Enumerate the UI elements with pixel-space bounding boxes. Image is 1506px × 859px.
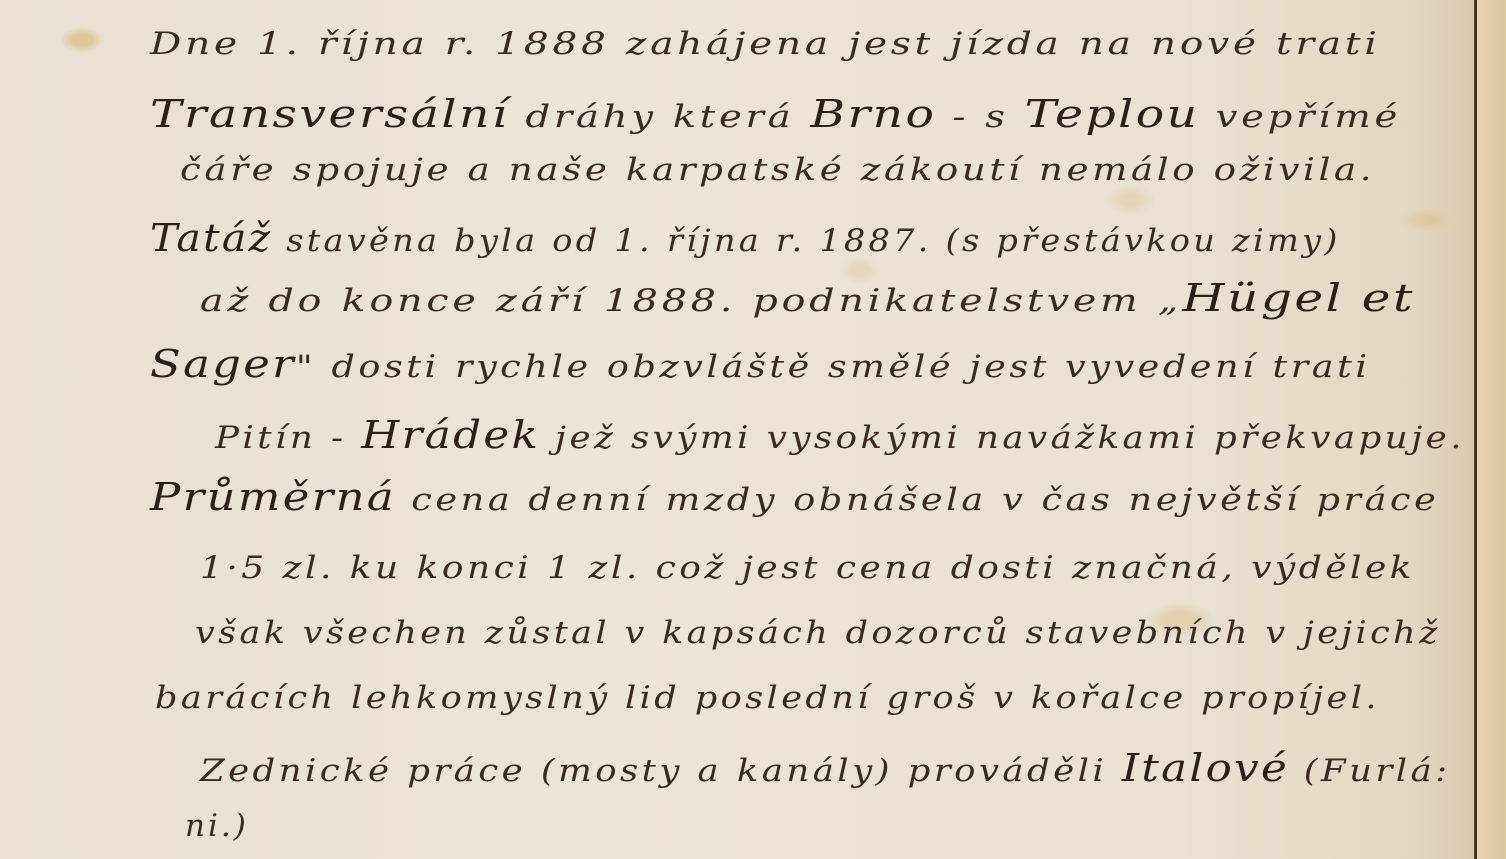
manuscript-line-12: Zednické práce (mosty a kanály) prováděl… [200, 746, 1451, 790]
line-segment: dráhy která [509, 99, 810, 135]
line-segment: - s [936, 99, 1024, 135]
handwritten-text-block: Dne 1. října r. 1888 zahájena jest jízda… [0, 0, 1475, 859]
manuscript-line-11: barácích lehkomyslný lid poslední groš v… [155, 680, 1380, 716]
line-segment: ni.) [185, 808, 249, 844]
manuscript-line-7: Pitín - Hrádek jež svými vysokými navážk… [215, 413, 1465, 457]
line-segment-emphasized: Italové [1122, 746, 1289, 790]
line-segment: " dosti rychle obzvláště smělé jest vyve… [296, 349, 1371, 385]
line-segment-emphasized: Hrádek [361, 413, 540, 457]
line-segment-emphasized: Průměrná [150, 475, 396, 519]
manuscript-line-10: však všechen zůstal v kapsách dozorců st… [195, 615, 1441, 651]
line-segment-emphasized: Teplou [1025, 92, 1200, 136]
line-segment-emphasized: Tatáž [150, 216, 272, 260]
line-segment-emphasized: Brno [810, 92, 936, 136]
manuscript-line-2: Transversální dráhy která Brno - s Teplo… [150, 92, 1401, 136]
line-segment: cena denní mzdy obnášela v čas největší … [396, 482, 1439, 518]
line-segment: jež svými vysokými navážkami překvapuje. [540, 420, 1465, 456]
manuscript-line-4: Tatáž stavěna byla od 1. října r. 1887. … [150, 216, 1341, 260]
line-segment: až do konce září 1888. podnikatelstvem „ [200, 283, 1182, 319]
line-segment: stavěna byla od 1. října r. 1887. (s pře… [272, 223, 1340, 259]
line-segment-emphasized: Hügel et [1182, 276, 1415, 320]
line-segment-emphasized: Transversální [150, 92, 509, 136]
line-segment: čáře spojuje a naše karpatské zákoutí ne… [180, 152, 1375, 188]
line-segment: 1·5 zl. ku konci 1 zl. což jest cena dos… [200, 550, 1415, 586]
line-segment: barácích lehkomyslný lid poslední groš v… [155, 680, 1380, 716]
line-segment: vepřímé [1200, 99, 1401, 135]
line-segment: Dne 1. října r. 1888 zahájena jest jízda… [150, 26, 1381, 62]
line-segment: však všechen zůstal v kapsách dozorců st… [195, 615, 1441, 651]
manuscript-line-1: Dne 1. října r. 1888 zahájena jest jízda… [150, 26, 1381, 62]
manuscript-line-3: čáře spojuje a naše karpatské zákoutí ne… [180, 152, 1375, 188]
adjacent-page-edge [1477, 0, 1506, 859]
manuscript-line-5: až do konce září 1888. podnikatelstvem „… [200, 276, 1415, 320]
manuscript-line-13: ni.) [185, 808, 249, 844]
line-segment-emphasized: Sager [150, 342, 296, 386]
line-segment: Zednické práce (mosty a kanály) prováděl… [200, 753, 1122, 789]
line-segment: (Furlá: [1289, 753, 1451, 789]
manuscript-line-8: Průměrná cena denní mzdy obnášela v čas … [150, 475, 1439, 519]
manuscript-line-9: 1·5 zl. ku konci 1 zl. což jest cena dos… [200, 550, 1415, 586]
line-segment: Pitín - [215, 420, 361, 456]
manuscript-line-6: Sager" dosti rychle obzvláště smělé jest… [150, 342, 1371, 386]
